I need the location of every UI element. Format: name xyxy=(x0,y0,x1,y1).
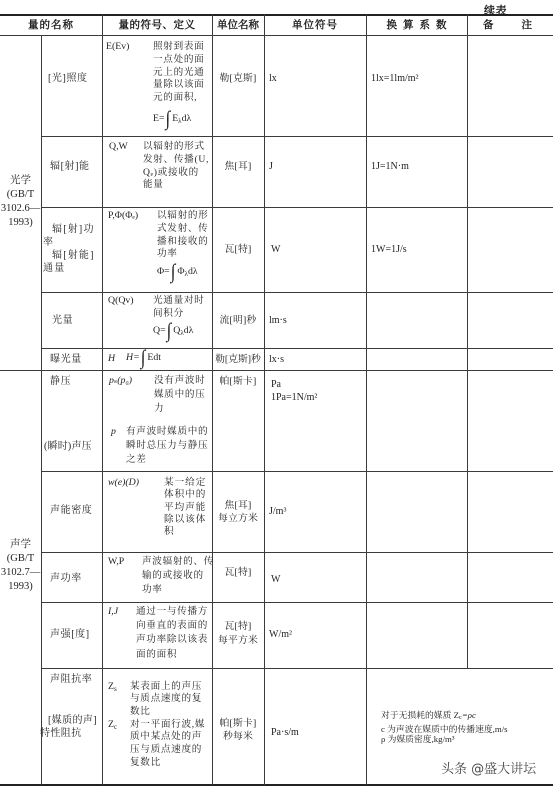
quantity-name: 辐[射]能 xyxy=(50,160,90,173)
integral-sign-icon: ∫ xyxy=(141,348,146,367)
quantity-name: 辐[射]功率 xyxy=(43,223,99,249)
quantity-definition: 照射到表面 一点处的面 元上的光通 量除以该面 元的面积, xyxy=(153,41,204,105)
quantity-definition: 某一给定 体积中的 平均声能 除以该体 积 xyxy=(164,477,206,538)
quantity-symbol: Zs xyxy=(108,681,117,696)
unit-symbol: W xyxy=(271,573,280,586)
unit-name: 流[明]秒 xyxy=(212,314,264,327)
note-line-2: c 为声波在媒质中的传播速度,m/s xyxy=(381,724,508,735)
unit-name: 焦[耳] 每立方米 xyxy=(212,499,264,525)
header-unit-symbol: 单位符号 xyxy=(264,19,366,32)
integral-sign-icon: ∫ xyxy=(166,109,171,128)
quantity-definition: 声波辐射的、传 输的或接收的 功率 xyxy=(142,555,214,597)
quantity-symbol: W,P xyxy=(108,555,124,569)
unit-name: 勒[克斯]秒 xyxy=(212,353,264,366)
integral-sign-icon: ∫ xyxy=(167,321,172,340)
note-line-3: ρ 为媒质密度,kg/m³ xyxy=(381,734,508,745)
table-row: 声功率 W,P 声波辐射的、传 输的或接收的 功率 瓦[特] W xyxy=(0,552,553,602)
table-row: 声强[度] I,J 通过一与传播方 向垂直的表面的 声功率除以该表 面的面积 瓦… xyxy=(0,602,553,668)
formula-lhs: Φ= xyxy=(157,266,170,277)
symbol-subscript: c xyxy=(114,723,117,731)
unit-symbol: Pa 1Pa=1N/m² xyxy=(271,378,317,404)
quantity-name: [光]照度 xyxy=(48,72,88,85)
conversion-factor: 1lx=1lm/m² xyxy=(371,72,419,85)
quantity-name: 声能密度 xyxy=(50,504,92,517)
quantity-name: 曝光量 xyxy=(50,353,82,366)
unit-symbol: lm·s xyxy=(269,314,287,327)
quantity-name: 声强[度] xyxy=(50,628,90,641)
header-symbol-definition: 量的符号、定义 xyxy=(102,19,212,32)
quantity-symbol: Q(Qv) xyxy=(108,295,134,308)
unit-name: 勒[克斯] xyxy=(212,72,264,85)
quantity-symbol: w(e)(D) xyxy=(108,477,139,489)
formula-tail: dλ xyxy=(184,325,194,336)
unit-symbol: lx xyxy=(269,72,277,85)
symbol-subscript: s xyxy=(114,685,117,693)
integral-sign-icon: ∫ xyxy=(171,262,176,281)
continuation-label: 续表 xyxy=(484,2,507,18)
document-page: 续表 量的名称 量的符号、定义 单位名称 单位符号 换算系数 备注 光学 (GB… xyxy=(0,0,553,786)
header-conversion: 换算系数 xyxy=(366,19,467,32)
quantity-definition: 以辐射的形 式发射、传 播和接收的 功率 xyxy=(157,210,208,261)
quantity-definition-alt: 对一平面行波,媒 质中某点处的声 压与质点速度的 复数比 xyxy=(130,719,205,770)
watermark: 头条 @盛大讲坛 xyxy=(441,758,536,777)
note-text: 对于无损耗的媒质 Z xyxy=(381,710,459,720)
formula-lhs: H= xyxy=(126,352,140,363)
unit-symbol: J xyxy=(269,160,273,173)
quantity-definition: 没有声波时 媒质中的压 力 xyxy=(154,374,205,416)
table-top-border xyxy=(0,14,553,16)
table-row: 曝光量 H H=∫Edt 勒[克斯]秒 lx·s xyxy=(0,348,553,370)
quantity-name: 声功率 xyxy=(50,572,82,585)
unit-name: 瓦[特] xyxy=(212,243,264,256)
table-row: 辐[射]功率 辐[射能]通量 P,Φ(Φₑ) 以辐射的形 式发射、传 播和接收的… xyxy=(0,207,553,292)
quantity-symbol-alt: p xyxy=(111,425,116,439)
unit-symbol: J/m³ xyxy=(269,505,286,518)
quantity-name: 声阻抗率 xyxy=(50,673,92,686)
quantity-definition: 通过一与传播方 向垂直的表面的 声功率除以该表 面的面积 xyxy=(136,605,208,662)
table-row: 光量 Q(Qv) 光通量对时 间积分 Q=∫Qλdλ 流[明]秒 lm·s xyxy=(0,292,553,348)
unit-symbol: W xyxy=(271,243,280,256)
header-remarks: 备注 xyxy=(483,19,553,32)
definition-formula: E=∫Eλdλ xyxy=(153,111,191,129)
unit-symbol: W/m² xyxy=(269,628,292,641)
quantity-symbol: I,J xyxy=(108,605,118,619)
quantity-definition: 光通量对时 间积分 xyxy=(153,295,204,321)
quantity-definition-alt: 有声波时媒质中的 瞬时总压力与静压 之差 xyxy=(126,425,208,467)
quantity-name-alt: [媒质的声]特性阻抗 xyxy=(40,714,100,740)
quantity-symbol: P,Φ(Φₑ) xyxy=(108,210,138,223)
formula-tail: dλ xyxy=(182,113,192,124)
quantity-name-alt: (瞬时)声压 xyxy=(44,440,92,453)
note-text: =ρc xyxy=(462,710,476,720)
formula-tail: dλ xyxy=(188,266,198,277)
formula-body: Edt xyxy=(147,352,161,363)
formula-body: Φ xyxy=(177,266,184,277)
definition-formula: H=∫Edt xyxy=(126,350,161,366)
quantity-definition: 某表面上的声压 与质点速度的复 数比 xyxy=(130,681,202,719)
formula-lhs: Q= xyxy=(153,325,166,336)
quantity-definition: 以辐射的形式 发射、传播(U, Qₑ)或接收的 能量 xyxy=(143,141,209,192)
table-row: 声能密度 w(e)(D) 某一给定 体积中的 平均声能 除以该体 积 焦[耳] … xyxy=(0,471,553,552)
header-unit-name: 单位名称 xyxy=(212,19,264,32)
definition-formula: Q=∫Qλdλ xyxy=(153,323,193,341)
quantity-symbol-alt: Zc xyxy=(108,719,117,734)
table-row: 静压 (瞬时)声压 pₛ(p₀) 没有声波时 媒质中的压 力 p 有声波时媒质中… xyxy=(0,370,553,471)
conversion-factor: 1W=1J/s xyxy=(371,243,407,256)
quantity-name: 光量 xyxy=(52,314,73,327)
unit-name: 帕[斯卡] 秒每米 xyxy=(212,717,264,743)
conversion-factor: 1J=1N·m xyxy=(371,160,409,173)
table-row: [光]照度 E(Ev) 照射到表面 一点处的面 元上的光通 量除以该面 元的面积… xyxy=(0,35,553,136)
quantity-name-alt: 辐[射能]通量 xyxy=(43,249,99,275)
formula-lhs: E= xyxy=(153,113,165,124)
unit-name: 焦[耳] xyxy=(212,160,264,173)
definition-formula: Φ=∫Φλdλ xyxy=(157,264,198,282)
quantity-name: 静压 xyxy=(50,375,71,388)
unit-name: 帕[斯卡] xyxy=(212,375,264,388)
quantity-symbol: H xyxy=(108,353,115,366)
unit-symbol: lx·s xyxy=(269,353,284,366)
unit-symbol: Pa·s/m xyxy=(271,726,299,739)
quantity-symbol: pₛ(p₀) xyxy=(109,374,132,388)
unit-name: 瓦[特] 每平方米 xyxy=(212,620,264,648)
header-quantity-name: 量的名称 xyxy=(0,19,102,32)
unit-name: 瓦[特] xyxy=(212,566,264,579)
remarks-note: 对于无损耗的媒质 Zc=ρc c 为声波在媒质中的传播速度,m/s ρ 为媒质密… xyxy=(381,710,508,745)
quantity-symbol: Q,W xyxy=(109,141,128,154)
table-row: 辐[射]能 Q,W 以辐射的形式 发射、传播(U, Qₑ)或接收的 能量 焦[耳… xyxy=(0,136,553,207)
note-line-1: 对于无损耗的媒质 Zc=ρc xyxy=(381,710,508,724)
quantity-symbol: E(Ev) xyxy=(106,41,129,54)
